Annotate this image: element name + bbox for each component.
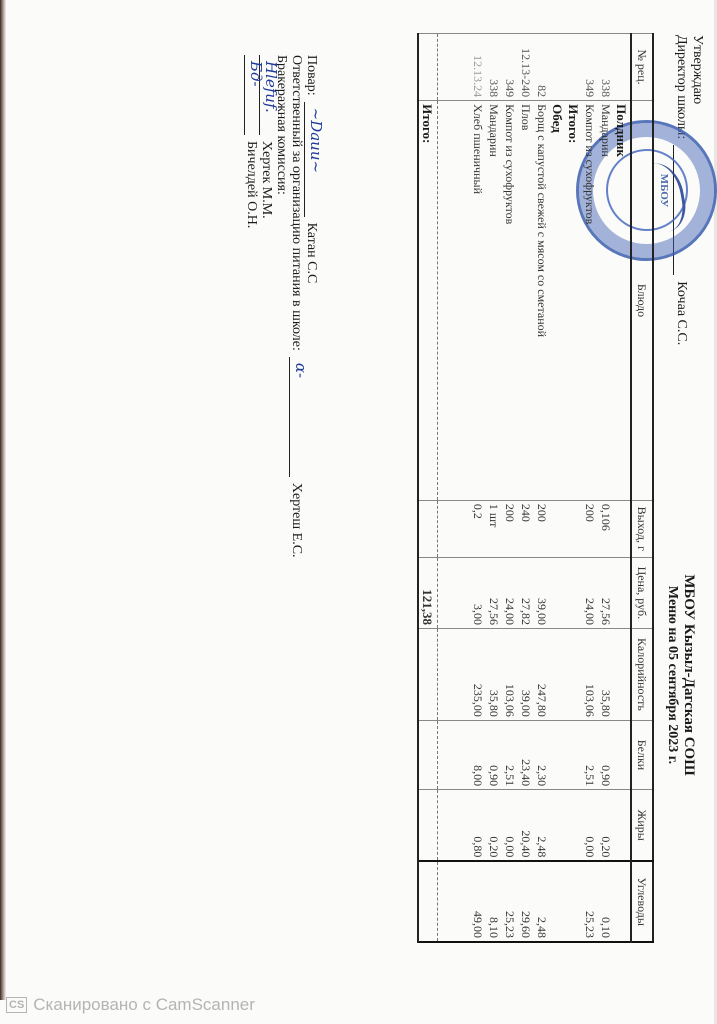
total-label: Итого: <box>418 101 438 501</box>
subtotal-row: Итого: <box>566 34 582 943</box>
section-empty-cell <box>614 557 631 628</box>
section-row: Полдник <box>614 34 631 943</box>
recipe-code: 349 <box>582 34 598 101</box>
cell-carbs: 25,23 <box>502 861 518 942</box>
section-title: Полдник <box>614 101 631 501</box>
rotated-document-page: Утверждаю Директор школы: Кочаа С.С. МБО… <box>77 25 717 965</box>
cell-carbs: 0,10 <box>598 861 614 942</box>
camscanner-watermark: CS Сканировано с CamScanner <box>6 995 255 1015</box>
total-price: 121,38 <box>418 557 438 628</box>
cell-output: 240 <box>518 500 534 557</box>
section-code-cell <box>550 34 566 101</box>
empty-cell <box>454 34 470 101</box>
dish-name: Компот из сухофруктов <box>502 101 518 501</box>
cell-price: 27,56 <box>598 557 614 628</box>
total-empty-cell <box>418 790 438 862</box>
document-subtitle: Меню на 05 сентября 2023 г. <box>664 385 680 965</box>
header-protein: Белки <box>631 720 653 789</box>
responsible-signature-ink: ɑ- <box>293 363 308 378</box>
section-empty-cell <box>614 628 631 720</box>
header-name: Блюдо <box>631 101 653 501</box>
header-output: Выход, г <box>631 500 653 557</box>
cell-carbs: 49,00 <box>470 861 486 942</box>
cell-price: 24,00 <box>582 557 598 628</box>
cell-kcal: 103,06 <box>502 628 518 720</box>
recipe-code: 12.13-240 <box>518 34 534 101</box>
total-empty-cell <box>418 861 438 942</box>
empty-cell <box>438 101 455 501</box>
commission-signature-line-2: Бд- <box>244 55 259 135</box>
commission-member-2: Бичелдей О.Н. <box>244 141 259 228</box>
commission-member-row: Hlefuf. Хертек М.М. <box>259 55 274 558</box>
section-empty-cell <box>550 628 566 720</box>
empty-cell <box>438 34 455 101</box>
table-row: 349Компот из сухофруктов20024,00103,062,… <box>582 34 598 943</box>
empty-cell <box>454 861 470 942</box>
menu-table: № рец. Блюдо Выход, г Цена, руб. Калорий… <box>417 33 654 943</box>
cell-protein: 8,00 <box>470 720 486 789</box>
empty-cell <box>438 500 455 557</box>
cell-price: 27,82 <box>518 557 534 628</box>
subtotal-label: Итого: <box>566 101 582 501</box>
empty-cell <box>454 720 470 789</box>
table-row: 338Мандарин1 шт27,5635,800,900,208,10 <box>486 34 502 943</box>
empty-cell <box>438 861 455 942</box>
commission-member-row: Бд- Бичелдей О.Н. <box>244 55 259 558</box>
cook-label: Повар: <box>304 55 319 96</box>
subtotal-empty-cell <box>566 790 582 862</box>
cell-fat: 0,20 <box>598 790 614 862</box>
cell-price: 24,00 <box>502 557 518 628</box>
section-code-cell <box>614 34 631 101</box>
empty-cell <box>438 628 455 720</box>
cell-fat: 2,48 <box>534 790 550 862</box>
subtotal-empty-cell <box>566 861 582 942</box>
empty-cell <box>454 628 470 720</box>
cell-kcal: 235,00 <box>470 628 486 720</box>
dish-name: Хлеб пшеничный <box>470 101 486 501</box>
dish-name: Плов <box>518 101 534 501</box>
recipe-code: 349 <box>502 34 518 101</box>
cell-protein: 2,30 <box>534 720 550 789</box>
document-title: МБОУ Кызыл-Дагская СОШ <box>680 385 697 965</box>
section-empty-cell <box>614 500 631 557</box>
cell-fat: 0,80 <box>470 790 486 862</box>
cell-output: 1 шт <box>486 500 502 557</box>
empty-row <box>454 34 470 943</box>
section-empty-cell <box>550 861 566 942</box>
empty-cell <box>438 790 455 862</box>
cell-output: 0,106 <box>598 500 614 557</box>
cell-protein: 0,90 <box>598 720 614 789</box>
cell-kcal: 39,00 <box>518 628 534 720</box>
cell-carbs: 2,48 <box>534 861 550 942</box>
cook-signature-line: ~Dauu~ <box>304 102 319 217</box>
header-carbs: Углеводы <box>631 861 653 942</box>
recipe-code: 338 <box>486 34 502 101</box>
subtotal-code-cell <box>566 34 582 101</box>
recipe-code: 338 <box>598 34 614 101</box>
header-fat: Жиры <box>631 790 653 862</box>
responsible-label: Ответственный за организацию питания в ш… <box>289 55 304 351</box>
table-row: 82Борщ с капустой свежей с мясом со смет… <box>534 34 550 943</box>
total-code-cell <box>418 34 438 101</box>
table-row: 349Компот из сухофруктов20024,00103,062,… <box>502 34 518 943</box>
header-price: Цена, руб. <box>631 557 653 628</box>
watermark-text: Сканировано с CamScanner <box>33 995 255 1015</box>
section-empty-cell <box>550 500 566 557</box>
header-code: № рец. <box>631 34 653 101</box>
section-empty-cell <box>614 790 631 862</box>
empty-cell <box>454 790 470 862</box>
cell-output: 200 <box>502 500 518 557</box>
cell-protein: 0,90 <box>486 720 502 789</box>
cell-output: 0,2 <box>470 500 486 557</box>
camscanner-logo-icon: CS <box>6 997 27 1013</box>
cell-kcal: 247,80 <box>534 628 550 720</box>
section-row: Обед <box>550 34 566 943</box>
table-row: 12.13-240Плов24027,8239,0023,4020,4029,6… <box>518 34 534 943</box>
cell-fat: 0,00 <box>502 790 518 862</box>
cell-output: 200 <box>582 500 598 557</box>
cook-name: Катан С.С <box>304 223 319 284</box>
empty-cell <box>454 101 470 501</box>
cell-kcal: 35,80 <box>598 628 614 720</box>
section-title: Обед <box>550 101 566 501</box>
subtotal-empty-cell <box>566 500 582 557</box>
commission-signature-ink-1: Hlefuf. <box>263 61 278 113</box>
commission-signature-ink-2: Бд- <box>248 61 263 87</box>
cook-row: Повар: ~Dauu~ Катан С.С <box>304 55 319 558</box>
section-empty-cell <box>614 720 631 789</box>
total-row: Итого:121,38 <box>418 34 438 943</box>
menu-table-body: Полдник338Мандарин0,10627,5635,800,900,2… <box>418 34 631 943</box>
section-empty-cell <box>614 861 631 942</box>
table-row: 12.13.24Хлеб пшеничный0,23,00235,008,000… <box>470 34 486 943</box>
cell-fat: 0,00 <box>582 790 598 862</box>
commission-label-row: Бракеражная комиссия: <box>274 55 289 558</box>
dish-name: Мандарин <box>598 101 614 501</box>
empty-cell <box>438 557 455 628</box>
commission-member-1: Хертек М.М. <box>259 141 274 219</box>
total-empty-cell <box>418 628 438 720</box>
section-empty-cell <box>550 790 566 862</box>
section-empty-cell <box>550 720 566 789</box>
cell-carbs: 25,23 <box>582 861 598 942</box>
empty-cell <box>454 557 470 628</box>
dish-name: Борщ с капустой свежей с мясом со сметан… <box>534 101 550 501</box>
cell-protein: 23,40 <box>518 720 534 789</box>
dish-name: Мандарин <box>486 101 502 501</box>
section-empty-cell <box>550 557 566 628</box>
table-row: 338Мандарин0,10627,5635,800,900,200,10 <box>598 34 614 943</box>
cell-price: 27,56 <box>486 557 502 628</box>
cell-fat: 20,40 <box>518 790 534 862</box>
subtotal-empty-cell <box>566 557 582 628</box>
table-header-row: № рец. Блюдо Выход, г Цена, руб. Калорий… <box>631 34 653 943</box>
dish-name: Компот из сухофруктов <box>582 101 598 501</box>
empty-row <box>438 34 455 943</box>
cell-protein: 2,51 <box>502 720 518 789</box>
empty-cell <box>438 720 455 789</box>
total-empty-cell <box>418 720 438 789</box>
cell-kcal: 103,06 <box>582 628 598 720</box>
cell-kcal: 35,80 <box>486 628 502 720</box>
subtotal-empty-cell <box>566 628 582 720</box>
subtotal-empty-cell <box>566 720 582 789</box>
cell-price: 39,00 <box>534 557 550 628</box>
cell-carbs: 29,60 <box>518 861 534 942</box>
empty-cell <box>454 500 470 557</box>
cell-output: 200 <box>534 500 550 557</box>
responsible-signature-line: ɑ- <box>289 357 304 477</box>
recipe-code: 82 <box>534 34 550 101</box>
scan-edge-shadow <box>0 0 6 1000</box>
cell-fat: 0,20 <box>486 790 502 862</box>
cell-price: 3,00 <box>470 557 486 628</box>
document-title-block: МБОУ Кызыл-Дагская СОШ Меню на 05 сентяб… <box>664 25 697 965</box>
recipe-code: 12.13.24 <box>470 34 486 101</box>
signatures-footer: Повар: ~Dauu~ Катан С.С Ответственный за… <box>244 55 319 558</box>
total-output-cell <box>418 500 438 557</box>
header-kcal: Калорийность <box>631 628 653 720</box>
cell-carbs: 8,10 <box>486 861 502 942</box>
cell-protein: 2,51 <box>582 720 598 789</box>
cook-signature-ink: ~Dauu~ <box>308 108 323 173</box>
responsible-row: Ответственный за организацию питания в ш… <box>289 55 304 558</box>
responsible-name: Хертеш Е.С. <box>289 483 304 558</box>
